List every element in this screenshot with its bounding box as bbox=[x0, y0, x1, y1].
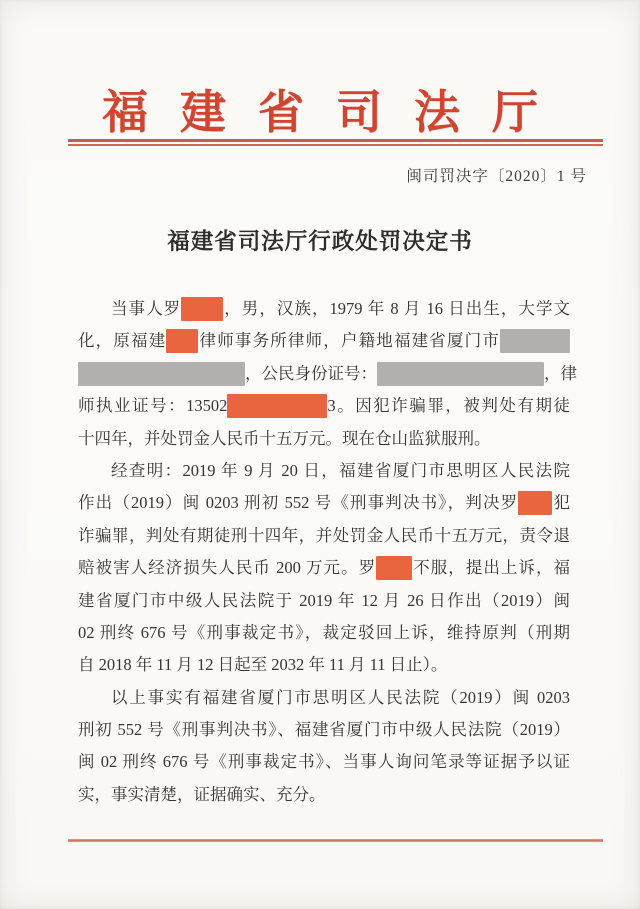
body-text: 不服，提出上诉，福 bbox=[412, 558, 570, 577]
redaction-block-gray bbox=[377, 362, 544, 386]
redaction-block-gray bbox=[500, 329, 570, 353]
body-text: 诈骗罪，判处有期徒刑十四年，并处罚金人民币十五万元，责令退 bbox=[78, 526, 570, 545]
redaction-block-red bbox=[376, 556, 412, 580]
agency-name: 福建省司法厅 bbox=[102, 76, 570, 142]
body-text: 02 刑终 676 号《刑事裁定书》，裁定驳回上诉，维持原判（刑期 bbox=[78, 623, 570, 642]
body-line: 实，事实清楚，证据确实、充分。 bbox=[78, 779, 570, 811]
body-line: 以上事实有福建省厦门市思明区人民法院（2019）闽 0203 bbox=[78, 682, 570, 714]
body-line: 诈骗罪，判处有期徒刑十四年，并处罚金人民币十五万元，责令退 bbox=[78, 520, 570, 552]
body-text: 经查明：2019 年 9 月 20 日，福建省厦门市思明区人民法院 bbox=[111, 461, 570, 480]
redaction-block-red bbox=[181, 297, 223, 321]
body-line: 02 刑终 676 号《刑事裁定书》，裁定驳回上诉，维持原判（刑期 bbox=[78, 617, 570, 649]
body-text: 闽 02 刑终 676 号《刑事裁定书》、当事人询问笔录等证据予以证 bbox=[78, 752, 570, 771]
body-text: ，公民身份证号： bbox=[245, 364, 377, 383]
body-line: 当事人罗，男，汉族，1979 年 8 月 16 日出生，大学文 bbox=[78, 293, 570, 325]
body-text: ，律 bbox=[544, 364, 577, 383]
body-text: 犯 bbox=[552, 493, 570, 512]
body-line: 十四年，并处罚金人民币十五万元。现在仓山监狱服刑。 bbox=[78, 423, 570, 455]
redaction-block-gray bbox=[78, 362, 245, 386]
body-line: 师执业证号：135023。因犯诈骗罪，被判处有期徒 bbox=[78, 390, 570, 422]
document-page: 福建省司法厅 闽司罚决字〔2020〕1 号 福建省司法厅行政处罚决定书 当事人罗… bbox=[0, 0, 640, 909]
body-line: ，公民身份证号：，律 bbox=[78, 358, 570, 390]
redaction-block-red bbox=[166, 329, 198, 353]
document-body: 当事人罗，男，汉族，1979 年 8 月 16 日出生，大学文化，原福建律师事务… bbox=[78, 293, 570, 811]
body-text: 建省厦门市中级人民法院于 2019 年 12 月 26 日作出（2019）闽 bbox=[78, 591, 570, 610]
body-text: 刑初 552 号《刑事判决书》、福建省厦门市中级人民法院（2019） bbox=[78, 720, 570, 739]
body-line: 作出（2019）闽 0203 刑初 552 号《刑事判决书》，判决罗犯 bbox=[78, 487, 570, 519]
body-text: 师执业证号：13502 bbox=[78, 396, 227, 415]
body-text: 3。因犯诈骗罪，被判处有期徒 bbox=[327, 396, 570, 415]
agency-header: 福建省司法厅 bbox=[0, 76, 640, 142]
body-text: 律师事务所律师，户籍地福建省厦门市 bbox=[198, 331, 500, 350]
redaction-block-red bbox=[227, 394, 327, 418]
body-line: 刑初 552 号《刑事判决书》、福建省厦门市中级人民法院（2019） bbox=[78, 714, 570, 746]
document-number: 闽司罚决字〔2020〕1 号 bbox=[406, 164, 587, 186]
body-line: 赔被害人经济损失人民币 200 万元。罗不服，提出上诉，福 bbox=[78, 552, 570, 584]
body-text: 化，原福建 bbox=[78, 331, 166, 350]
body-text: 作出（2019）闽 0203 刑初 552 号《刑事判决书》，判决罗 bbox=[78, 493, 518, 512]
body-line: 经查明：2019 年 9 月 20 日，福建省厦门市思明区人民法院 bbox=[78, 455, 570, 487]
body-text: 以上事实有福建省厦门市思明区人民法院（2019）闽 0203 bbox=[111, 688, 570, 707]
body-text: 自 2018 年 11 月 12 日起至 2032 年 11 月 11 日止）。 bbox=[78, 655, 447, 674]
redaction-block-red bbox=[518, 491, 552, 515]
body-text: 赔被害人经济损失人民币 200 万元。罗 bbox=[78, 558, 376, 577]
body-text: 实，事实清楚，证据确实、充分。 bbox=[78, 785, 326, 804]
body-text: 十四年，并处罚金人民币十五万元。现在仓山监狱服刑。 bbox=[78, 429, 491, 448]
footer-rule bbox=[68, 839, 603, 842]
body-text: ，男，汉族，1979 年 8 月 16 日出生，大学文 bbox=[223, 299, 570, 318]
body-line: 闽 02 刑终 676 号《刑事裁定书》、当事人询问笔录等证据予以证 bbox=[78, 746, 570, 778]
document-title: 福建省司法厅行政处罚决定书 bbox=[0, 224, 640, 256]
body-line: 建省厦门市中级人民法院于 2019 年 12 月 26 日作出（2019）闽 bbox=[78, 585, 570, 617]
body-text: 当事人罗 bbox=[111, 299, 181, 318]
body-line: 自 2018 年 11 月 12 日起至 2032 年 11 月 11 日止）。 bbox=[78, 649, 570, 681]
body-line: 化，原福建律师事务所律师，户籍地福建省厦门市 bbox=[78, 325, 570, 357]
header-rule bbox=[68, 139, 603, 146]
